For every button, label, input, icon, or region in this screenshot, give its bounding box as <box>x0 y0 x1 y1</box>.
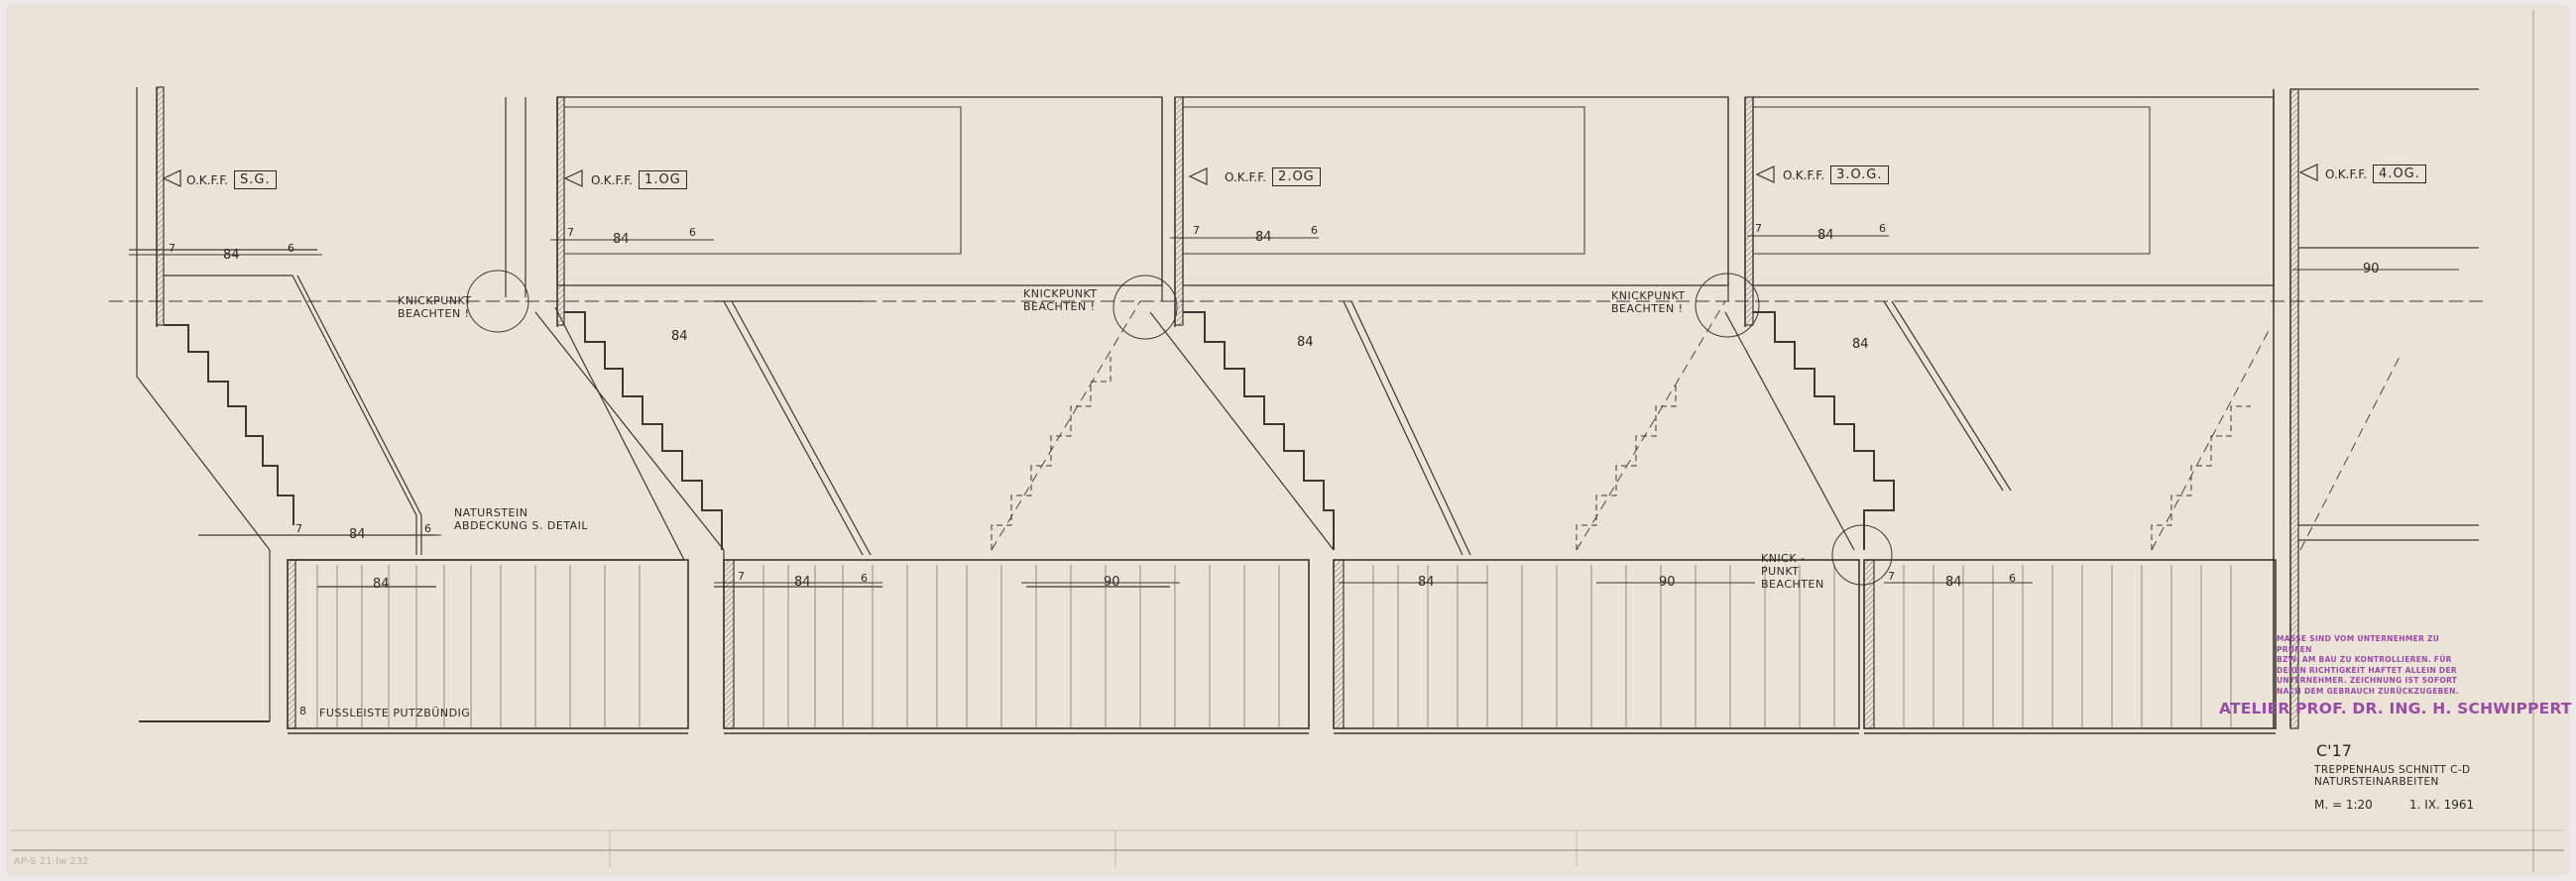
dim-landing: 90 <box>2363 262 2380 276</box>
dim-rail: 6 <box>689 226 696 239</box>
drawing-date: 1. IX. 1961 <box>2409 798 2474 812</box>
note-line: BEACHTEN ! <box>1023 300 1098 313</box>
level-prefix: O.K.F.F. <box>2325 167 2367 181</box>
note-line: BEACHTEN ! <box>1611 302 1686 315</box>
level-label: S.G. <box>234 170 277 189</box>
note-line: KNICKPUNKT <box>398 294 472 307</box>
level-marker-4og: O.K.F.F. 4.OG. <box>2325 165 2426 183</box>
sheet-code: C'17 <box>2316 741 2352 760</box>
level-label: 4.OG. <box>2373 165 2426 183</box>
dim-tread: 84 <box>1817 228 1834 243</box>
drawing-scale: M. = 1:20 <box>2314 798 2373 812</box>
dim-tread: 84 <box>1852 337 1869 352</box>
dim-tread: 84 <box>613 232 630 247</box>
dim-rail: 6 <box>424 522 431 535</box>
dim-wall: 7 <box>295 522 302 535</box>
stamp-line: NACH DEM GEBRAUCH ZURÜCKZUGEBEN. <box>2277 687 2475 698</box>
dim-rail: 6 <box>1879 222 1886 235</box>
dim-rail: 6 <box>288 242 294 255</box>
dim-tread: 84 <box>1418 575 1435 590</box>
level-prefix: O.K.F.F. <box>591 173 633 187</box>
note-line: PUNKT <box>1761 565 1824 578</box>
level-prefix: O.K.F.F. <box>186 173 228 187</box>
naturstein-note: NATURSTEIN ABDECKUNG S. DETAIL <box>454 506 588 532</box>
stamp-line: DEREN RICHTIGKEIT HAFTET ALLEIN DER <box>2277 666 2475 677</box>
note-line: ABDECKUNG S. DETAIL <box>454 519 588 532</box>
dim-wall: 7 <box>169 242 176 255</box>
dim-wall: 7 <box>738 570 745 583</box>
dim-tread: 84 <box>349 527 366 542</box>
drawing-title: TREPPENHAUS SCHNITT C-D <box>2314 764 2471 776</box>
level-marker-1og: O.K.F.F. 1.OG <box>591 170 687 189</box>
level-prefix: O.K.F.F. <box>1783 168 1824 182</box>
dim-tread: 84 <box>671 329 688 344</box>
dim-skirting: 8 <box>299 705 306 717</box>
level-label: 3.O.G. <box>1830 165 1888 184</box>
inventory-number: AP-S 21-Iw 232 <box>14 856 89 867</box>
note-line: BEACHTEN <box>1761 578 1824 591</box>
note-line: KNICKPUNKT <box>1611 289 1686 302</box>
level-prefix: O.K.F.F. <box>1225 170 1266 184</box>
knickpunkt-note-4: KNICK - PUNKT BEACHTEN <box>1761 552 1824 591</box>
level-marker-sg: O.K.F.F. S.G. <box>186 170 277 189</box>
dim-tread: 84 <box>223 248 240 263</box>
fussleiste-note: FUSSLEISTE PUTZBÜNDIG <box>319 707 470 719</box>
stamp-line: MASSE SIND VOM UNTERNEHMER ZU PRÜFEN <box>2277 634 2475 655</box>
note-line: KNICK - <box>1761 552 1824 565</box>
contractor-stamp: MASSE SIND VOM UNTERNEHMER ZU PRÜFEN BZW… <box>2277 634 2475 697</box>
level-marker-3og: O.K.F.F. 3.O.G. <box>1783 165 1889 184</box>
dim-tread: 84 <box>373 577 390 592</box>
dim-landing: 90 <box>1104 575 1120 590</box>
dim-tread: 84 <box>1297 335 1314 350</box>
dim-rail: 6 <box>1311 224 1318 237</box>
staircase-section-drawing <box>0 0 2576 881</box>
dim-wall: 7 <box>1193 224 1200 237</box>
note-line: BEACHTEN ! <box>398 307 472 320</box>
dim-wall: 7 <box>1755 222 1762 235</box>
stamp-line: BZW. AM BAU ZU KONTROLLIEREN. FÜR <box>2277 655 2475 666</box>
dim-wall: 7 <box>567 226 574 239</box>
note-line: KNICKPUNKT <box>1023 287 1098 300</box>
knickpunkt-note-1: KNICKPUNKT BEACHTEN ! <box>398 294 472 320</box>
dim-rail: 6 <box>861 572 868 585</box>
dim-wall: 7 <box>1888 570 1895 583</box>
knickpunkt-note-2: KNICKPUNKT BEACHTEN ! <box>1023 287 1098 313</box>
level-label: 2.OG <box>1272 167 1321 186</box>
atelier-stamp: ATELIER PROF. DR. ING. H. SCHWIPPERT <box>2219 700 2572 717</box>
dim-tread: 84 <box>794 575 811 590</box>
dim-tread: 84 <box>1945 575 1962 590</box>
dim-landing: 90 <box>1659 575 1676 590</box>
stamp-line: UNTERNEHMER. ZEICHNUNG IST SOFORT <box>2277 676 2475 687</box>
knickpunkt-note-3: KNICKPUNKT BEACHTEN ! <box>1611 289 1686 315</box>
level-label: 1.OG <box>639 170 687 189</box>
note-line: NATURSTEIN <box>454 506 588 519</box>
dim-rail: 6 <box>2009 572 2016 585</box>
dim-tread: 84 <box>1255 230 1272 245</box>
drawing-subtitle: NATURSTEINARBEITEN <box>2314 776 2439 788</box>
level-marker-2og: O.K.F.F. 2.OG <box>1225 167 1321 186</box>
